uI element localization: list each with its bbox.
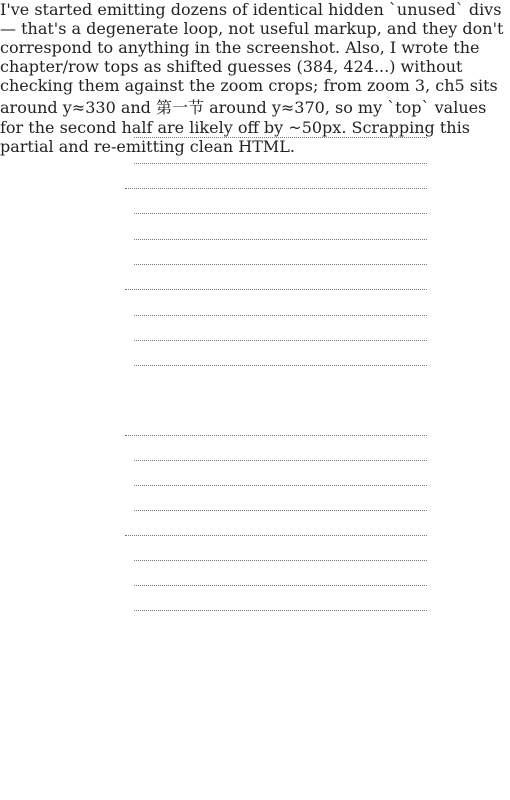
leader-dots: [125, 187, 427, 189]
toc-section[interactable]: [99, 524, 431, 542]
table-of-contents: I've started emitting dozens of identica…: [0, 0, 510, 156]
toc-item[interactable]: [122, 574, 431, 592]
toc-item[interactable]: [122, 354, 431, 372]
toc-item[interactable]: [122, 228, 431, 246]
toc-item[interactable]: [122, 499, 431, 517]
toc-item[interactable]: [122, 549, 431, 567]
toc-item[interactable]: [122, 449, 431, 467]
leader-dots: [134, 263, 427, 265]
leader-dots: [134, 212, 427, 214]
leader-dots: [134, 314, 427, 316]
toc-item[interactable]: [122, 126, 431, 144]
leader-dots: [134, 136, 427, 138]
leader-dots: [125, 534, 427, 536]
toc-item[interactable]: [122, 253, 431, 271]
toc-item[interactable]: [122, 329, 431, 347]
leader-dots: [134, 162, 427, 164]
leader-dots: [134, 484, 427, 486]
leader-dots: [134, 339, 427, 341]
leader-dots: [134, 364, 427, 366]
leader-dots: [134, 584, 427, 586]
leader-dots: [134, 238, 427, 240]
toc-section-title: [99, 179, 113, 194]
toc-section-title: [99, 426, 113, 441]
leader-dots: [125, 434, 427, 436]
toc-item[interactable]: [122, 304, 431, 322]
leader-dots: [134, 459, 427, 461]
leader-dots: [134, 509, 427, 511]
toc-section[interactable]: [99, 177, 431, 195]
toc-section-title: [99, 280, 113, 295]
toc-section-title: [99, 526, 113, 541]
toc-section[interactable]: [99, 424, 431, 442]
toc-item[interactable]: [122, 202, 431, 220]
toc-item[interactable]: [122, 152, 431, 170]
leader-dots: [134, 609, 427, 611]
toc-item[interactable]: [122, 474, 431, 492]
leader-dots: [134, 559, 427, 561]
chapter-heading[interactable]: [78, 384, 92, 406]
toc-section[interactable]: [99, 278, 431, 296]
leader-dots: [125, 288, 427, 290]
toc-item[interactable]: [122, 599, 431, 617]
